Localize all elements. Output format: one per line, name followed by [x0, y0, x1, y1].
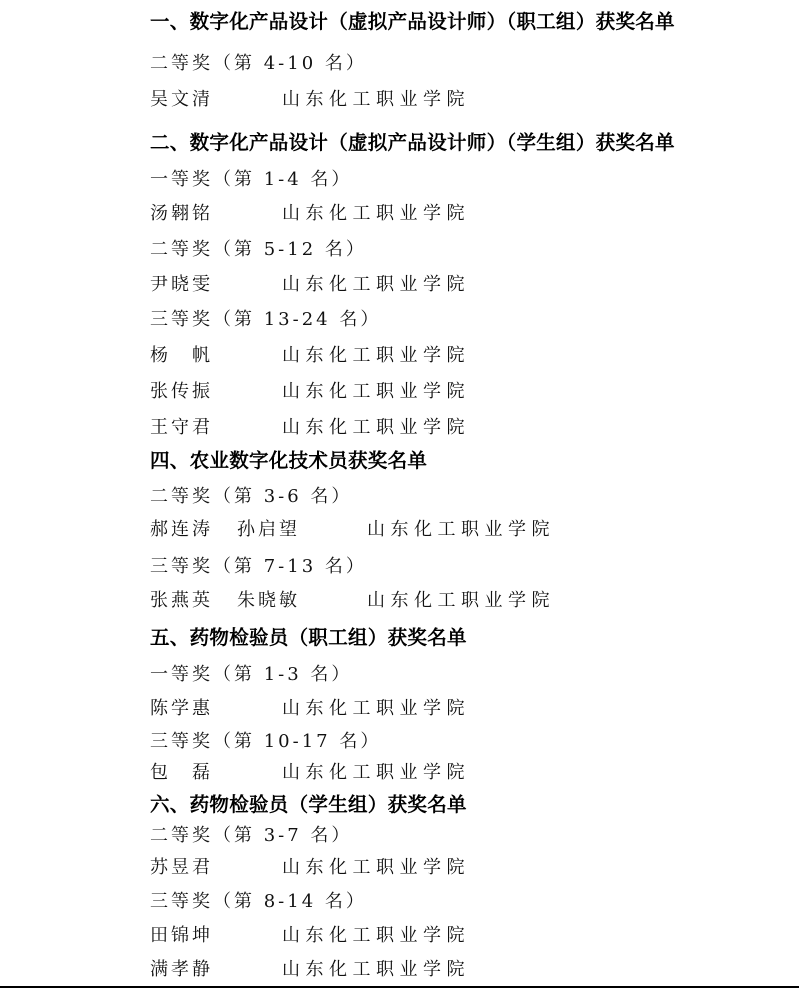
section-title: 六、药物检验员（学生组）获奖名单 [150, 795, 467, 815]
winner-name: 郝连涛 [150, 521, 213, 539]
winner-school: 山东化工职业学院 [282, 419, 470, 437]
winner-school: 山东化工职业学院 [282, 764, 470, 782]
document-page: 一、数字化产品设计（虚拟产品设计师）（职工组）获奖名单 二等奖（第 4-10 名… [0, 0, 799, 989]
winner-school: 山东化工职业学院 [282, 276, 470, 294]
award-label: 二等奖（第 3-6 名） [150, 488, 352, 506]
section-title: 五、药物检验员（职工组）获奖名单 [150, 628, 467, 648]
winner-name: 包 磊 [150, 764, 213, 782]
award-label: 一等奖（第 1-3 名） [150, 666, 352, 684]
winner-name: 尹晓雯 [150, 276, 213, 294]
winner-name: 陈学惠 [150, 700, 213, 718]
winner-school: 山东化工职业学院 [282, 91, 470, 109]
winner-name: 田锦坤 [150, 927, 213, 945]
winner-name: 杨 帆 [150, 347, 213, 365]
winner-name: 吴文清 [150, 91, 213, 109]
winner-name: 张传振 [150, 383, 213, 401]
winner-school: 山东化工职业学院 [282, 859, 470, 877]
winner-school: 山东化工职业学院 [282, 961, 470, 979]
winner-name: 苏昱君 [150, 859, 213, 877]
award-label: 三等奖（第 10-17 名） [150, 733, 381, 751]
award-label: 三等奖（第 8-14 名） [150, 893, 367, 911]
award-label: 三等奖（第 13-24 名） [150, 311, 381, 329]
winner-name: 满孝静 [150, 961, 213, 979]
winner-name: 王守君 [150, 419, 213, 437]
winner-school: 山东化工职业学院 [367, 521, 555, 539]
award-label: 三等奖（第 7-13 名） [150, 558, 367, 576]
section-title: 一、数字化产品设计（虚拟产品设计师）（职工组）获奖名单 [150, 12, 675, 32]
award-label: 二等奖（第 3-7 名） [150, 827, 352, 845]
winner-school: 山东化工职业学院 [282, 347, 470, 365]
award-label: 一等奖（第 1-4 名） [150, 171, 352, 189]
section-title: 四、农业数字化技术员获奖名单 [150, 451, 427, 471]
winner-school: 山东化工职业学院 [282, 383, 470, 401]
winner-name: 张燕英 [150, 592, 213, 610]
winner-school: 山东化工职业学院 [367, 592, 555, 610]
award-label: 二等奖（第 5-12 名） [150, 241, 367, 259]
winner-name: 汤翱铭 [150, 205, 213, 223]
winner-school: 山东化工职业学院 [282, 205, 470, 223]
winner-name: 孙启望 [237, 521, 300, 539]
section-title: 二、数字化产品设计（虚拟产品设计师）（学生组）获奖名单 [150, 133, 675, 153]
winner-name: 朱晓敏 [237, 592, 300, 610]
winner-school: 山东化工职业学院 [282, 700, 470, 718]
page-bottom-rule [0, 986, 799, 988]
winner-school: 山东化工职业学院 [282, 927, 470, 945]
award-label: 二等奖（第 4-10 名） [150, 55, 367, 73]
